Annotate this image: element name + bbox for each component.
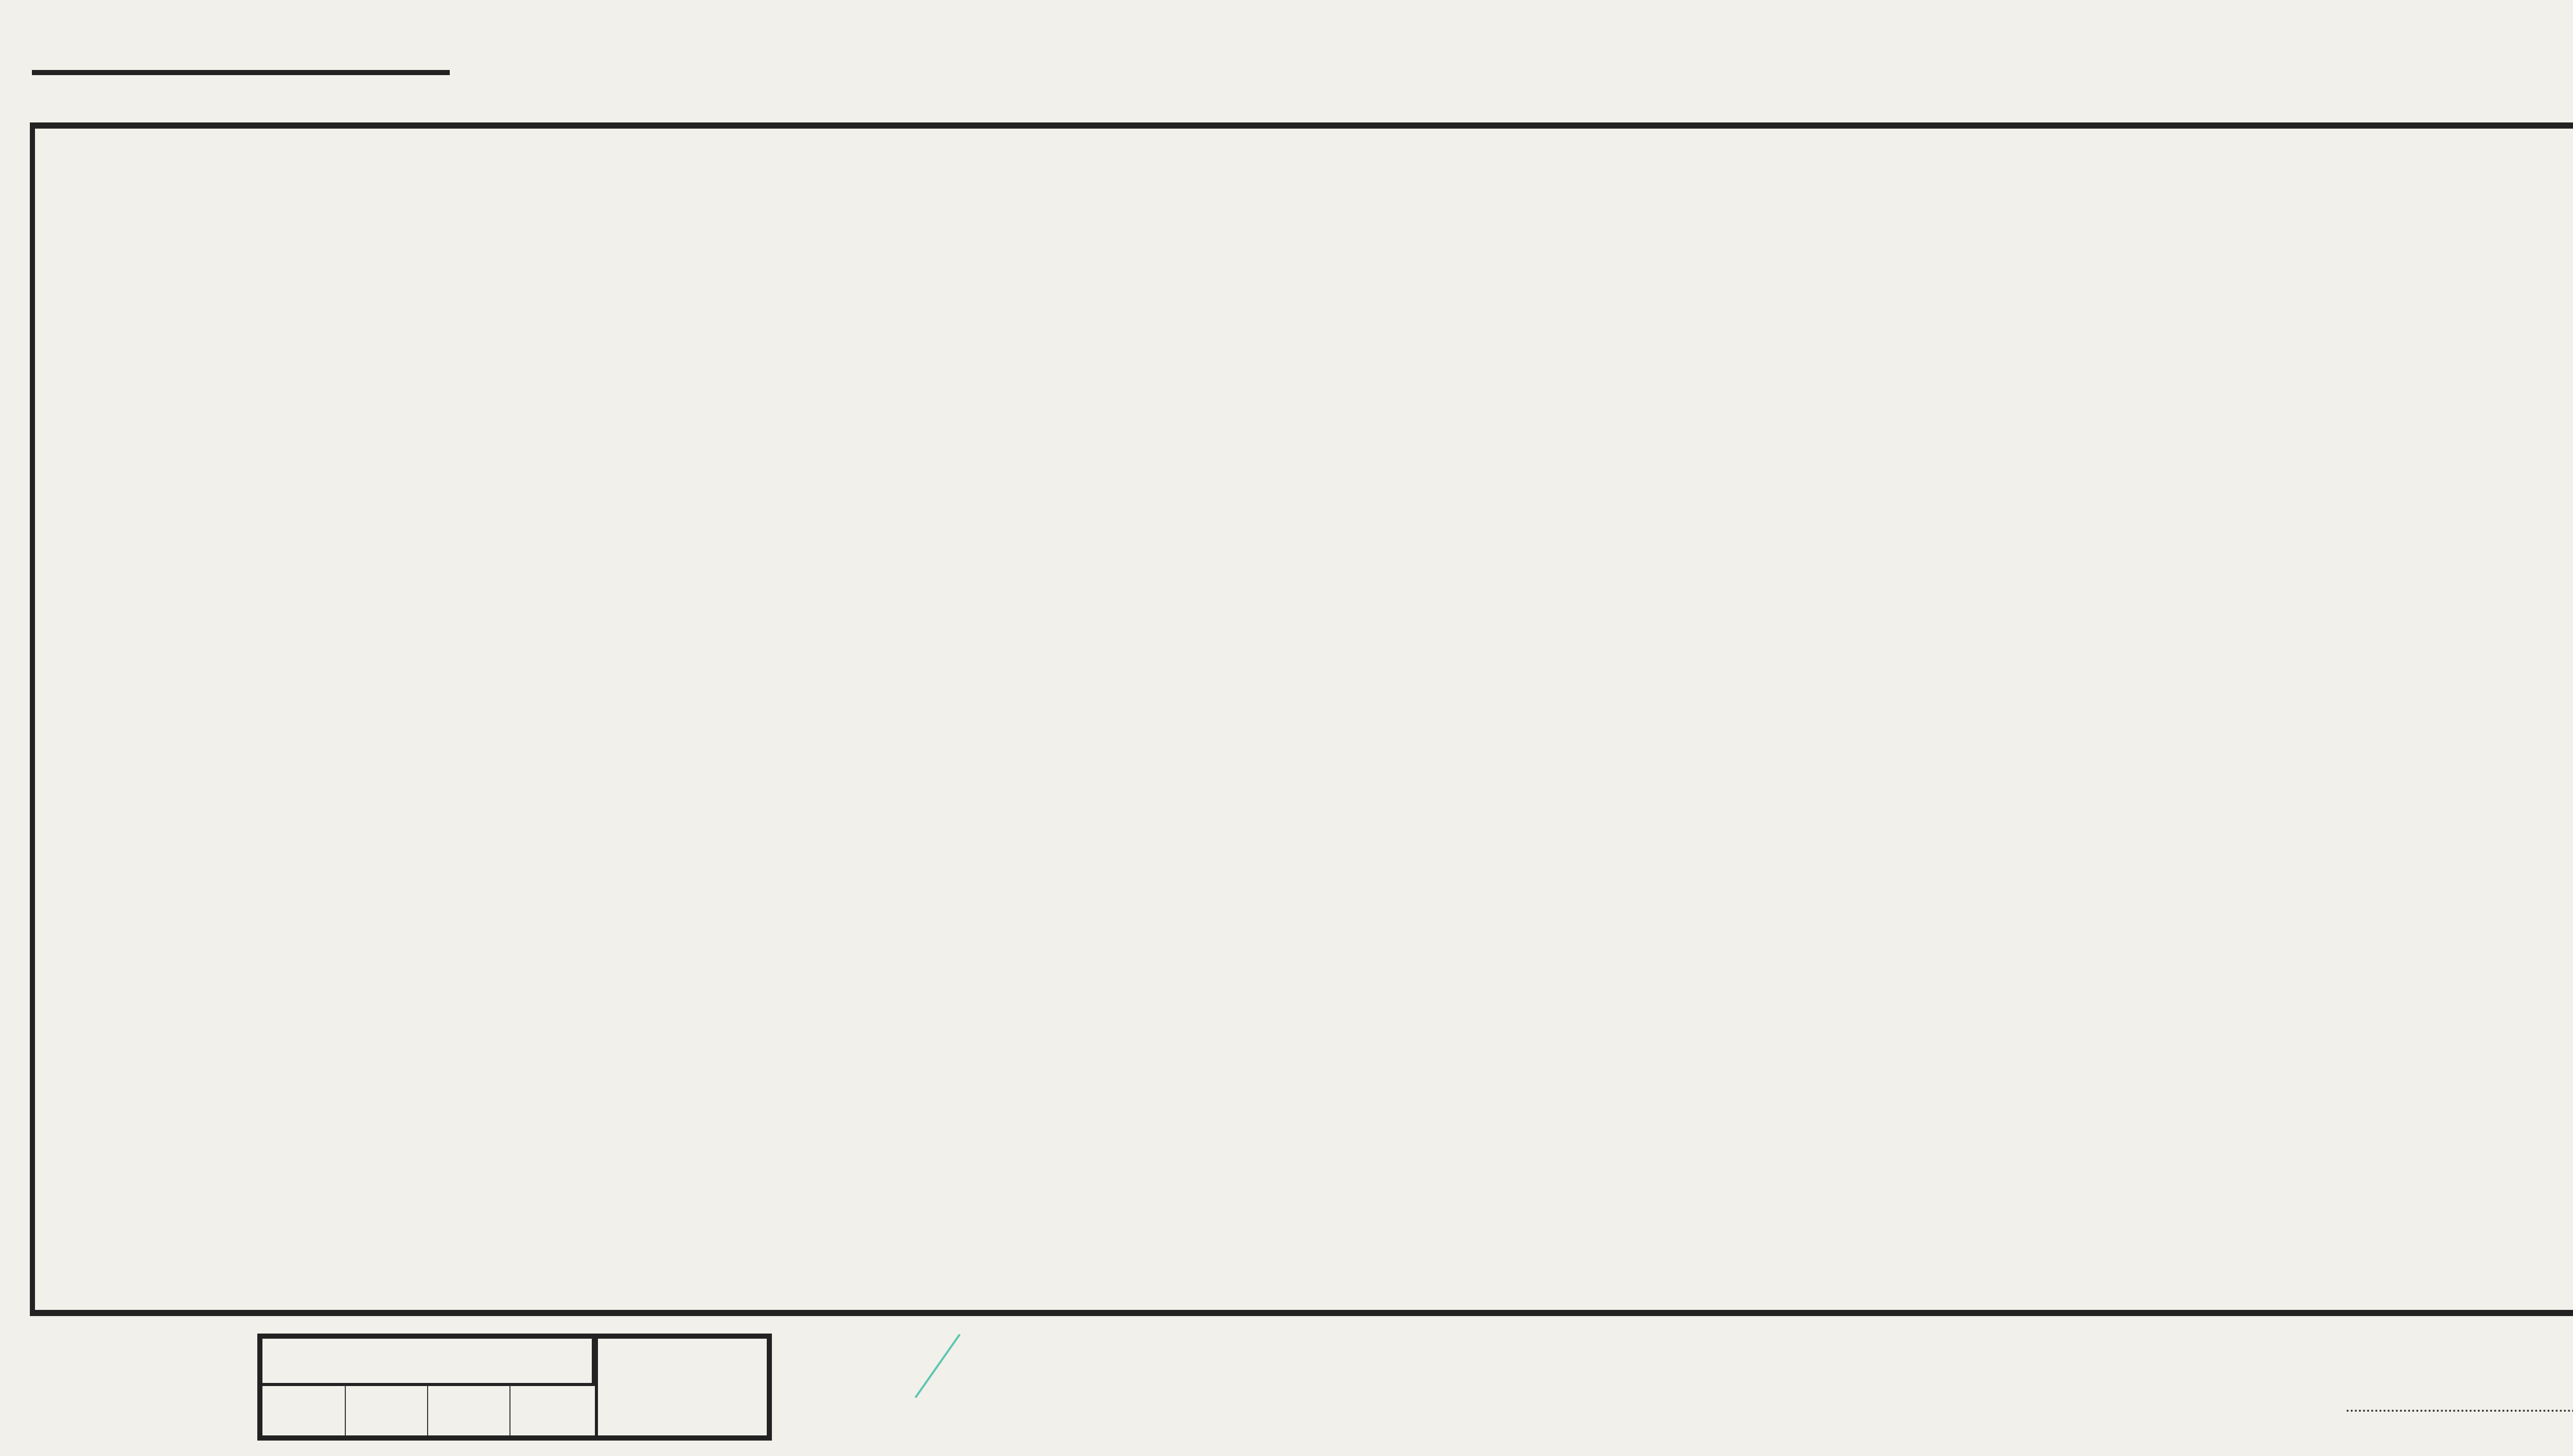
initials-label	[595, 1339, 767, 1435]
title-underline	[32, 70, 450, 75]
persons-label	[427, 1385, 510, 1435]
census-table	[30, 122, 2573, 1316]
enumerator-box-title	[262, 1339, 595, 1386]
enumerator-totals-box	[257, 1334, 772, 1441]
females-label	[345, 1385, 428, 1435]
signature-line	[2347, 1410, 2573, 1412]
green-tick-icon	[914, 1334, 960, 1398]
rooms-label	[509, 1385, 593, 1435]
